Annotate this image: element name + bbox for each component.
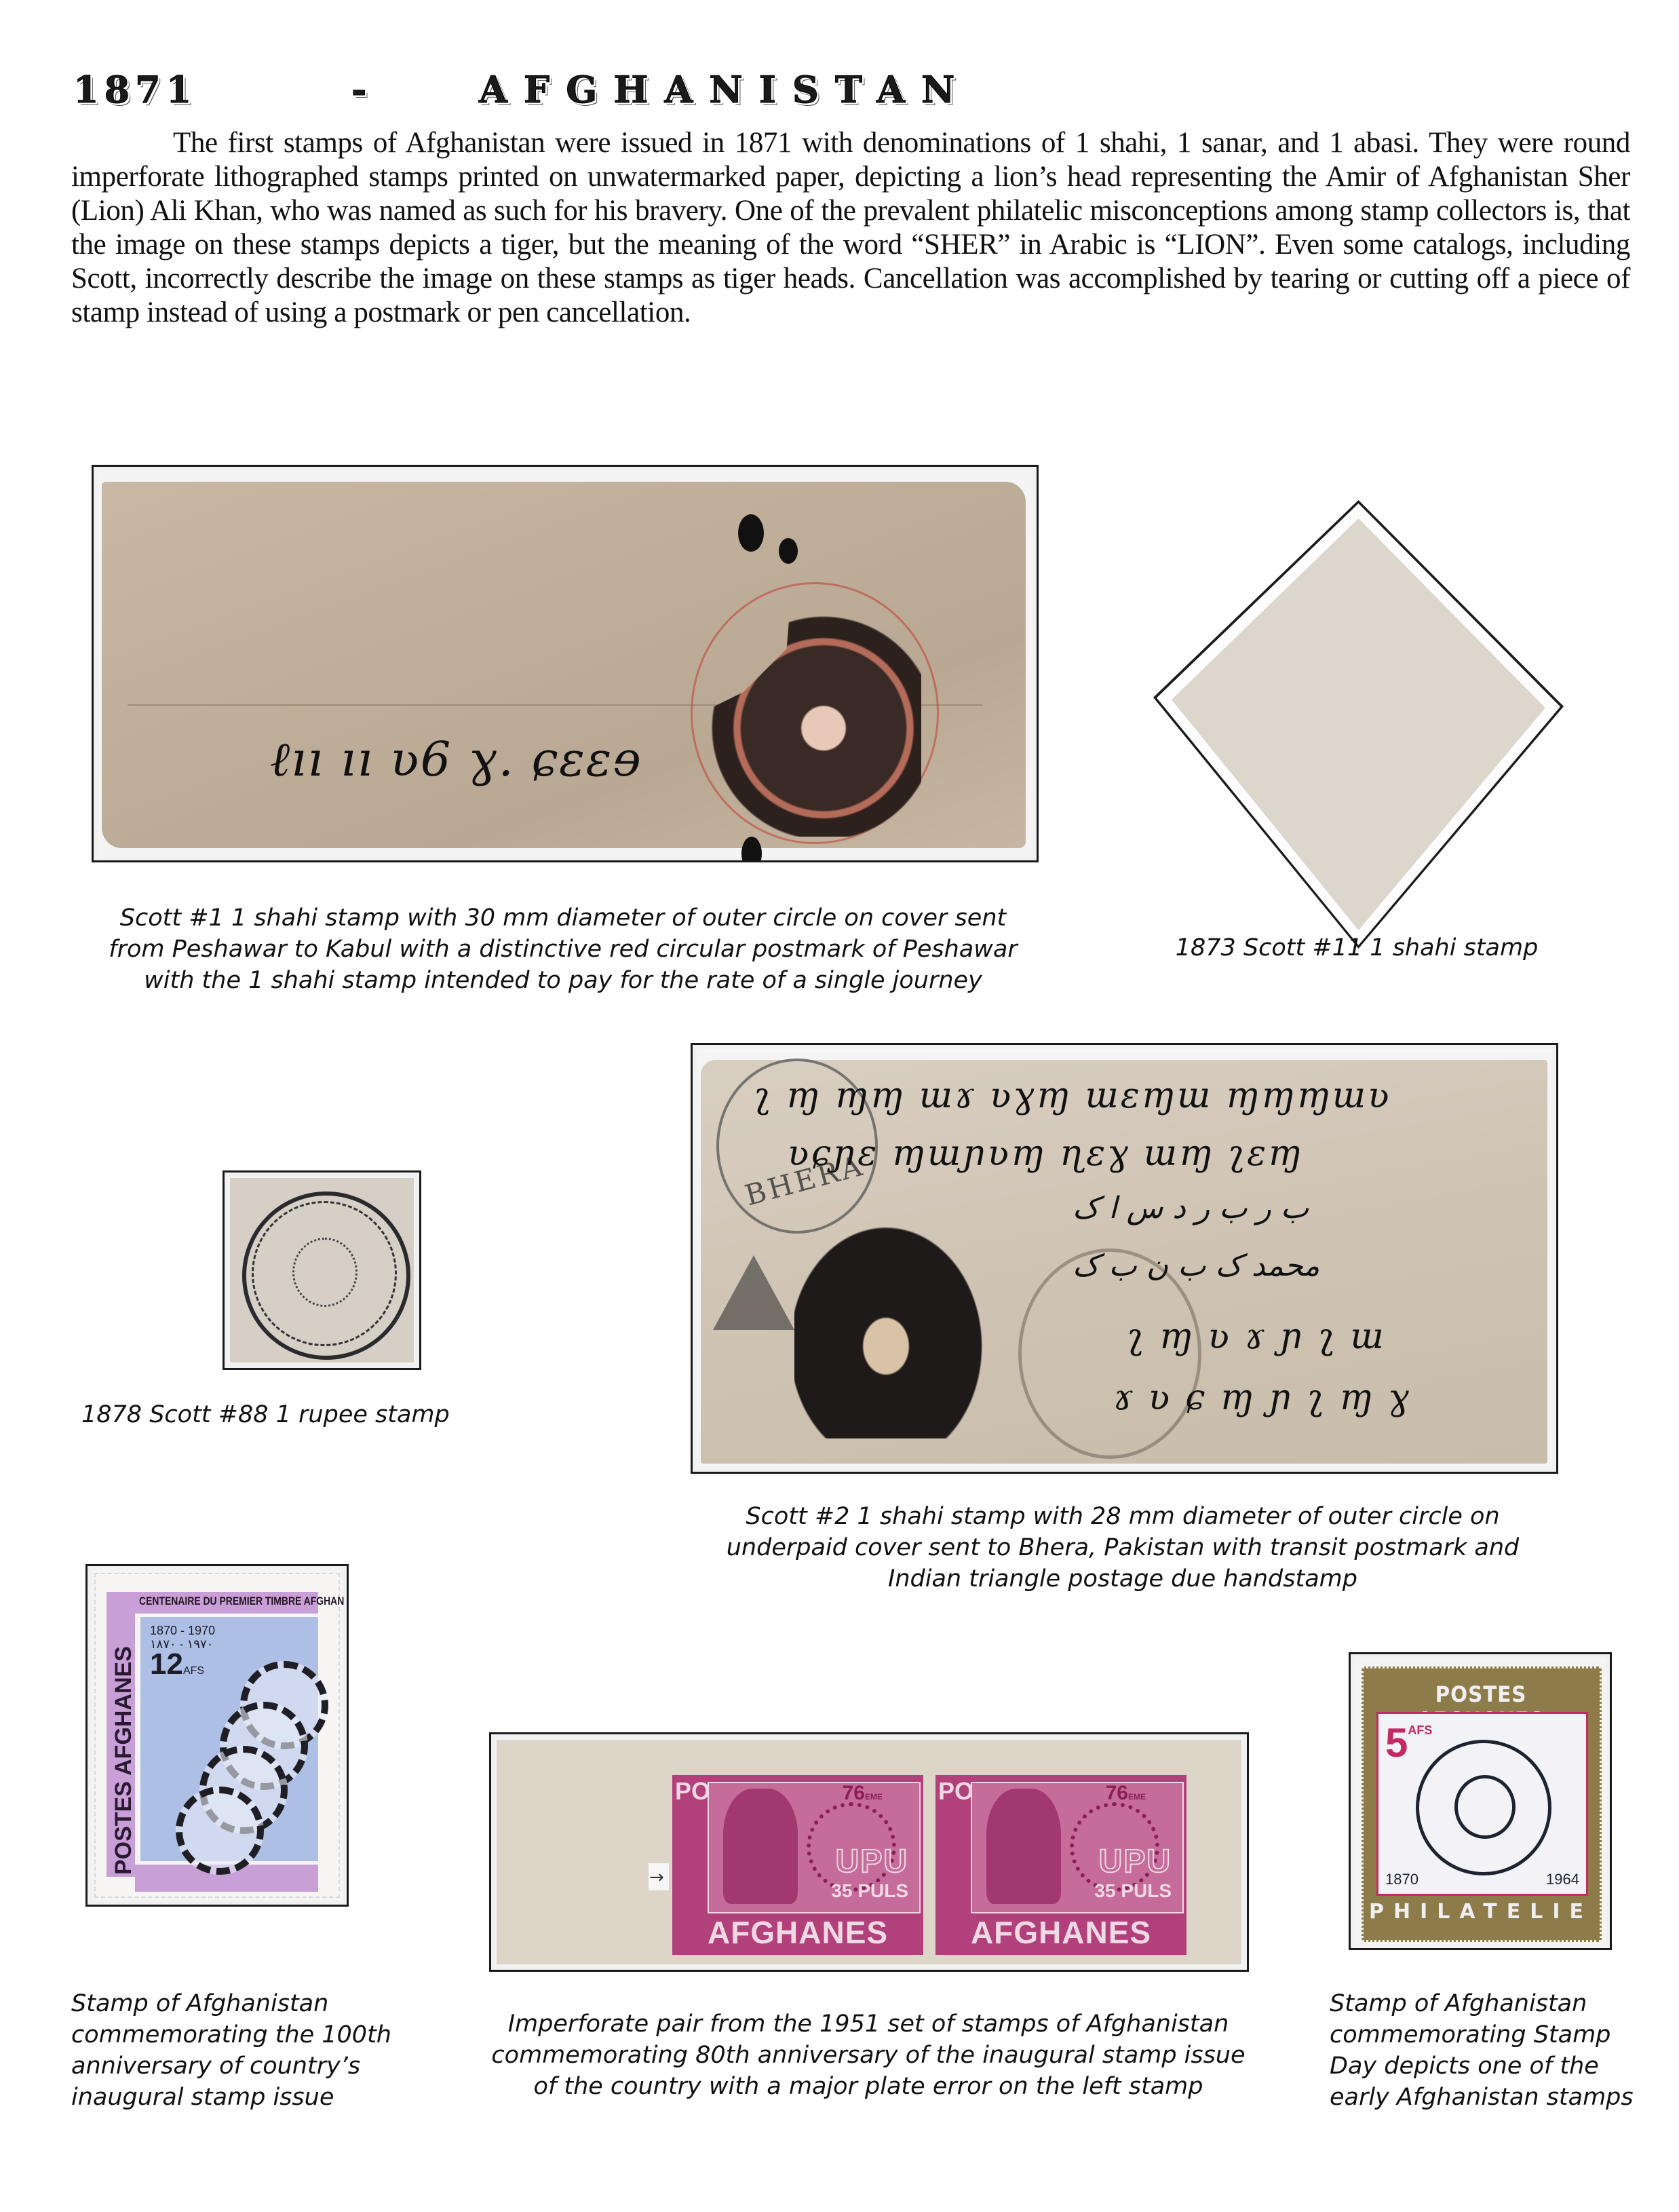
imperf-stamp-left: POSTES 76EME UPU 35 PULS AFGHANES [672,1775,923,1955]
portrait [986,1789,1061,1904]
postage-due-triangle [713,1255,794,1330]
ink-blot [738,514,764,552]
centenary-stamp-image: POSTES AFGHANES CENTENAIRE DU PREMIER TI… [85,1564,349,1907]
lion-head-icon [292,1238,358,1307]
portrait [723,1789,798,1904]
handwriting-line: محمد ک ب ن ب ک [1073,1248,1319,1283]
cover-bhera-image: BHERA ʅ ɱ ɱɱ ɯɤ ʋɣɱ ɯɛɱɯ ɱɱɱɯʋ ʋɕɲɛ ɱɯɲʋ… [691,1043,1558,1474]
caption-stamp-day: Stamp of Afghanistan commemorating Stamp… [1330,1988,1648,2113]
title-country: AFGHANISTAN [479,68,971,111]
title-separator: - [351,68,383,111]
imperf-pair-image: → POSTES 76EME UPU 35 PULS AFGHANES POST… [489,1732,1249,1972]
caption-centenary-stamp: Stamp of Afghanistan commemorating the 1… [71,1988,424,2113]
stamp-value: 5AFS [1385,1719,1432,1766]
lion-head-icon [1454,1775,1516,1839]
scott-2-stamp [794,1208,998,1438]
caption-cover-bhera: Scott #2 1 shahi stamp with 28 mm diamet… [682,1501,1564,1595]
caption-cover-peshawar: Scott #1 1 shahi stamp with 30 mm diamet… [64,902,1062,996]
ink-blot [779,538,798,564]
handwritten-address: ℓıı ıı ʋ6 ɣ. ɕɛɛɘ [270,731,642,788]
handwriting-line: ɤ ʋ ɕ ɱ ɲ ʅ ɱ ɣ [1113,1377,1411,1418]
cover-peshawar-image: ℓıı ıı ʋ6 ɣ. ɕɛɛɘ [92,465,1039,862]
stamp-side-text: POSTES AFGHANES [111,1646,137,1875]
stamp-1873-image [1153,500,1564,949]
caption-stamp-1873: 1873 Scott #11 1 shahi stamp [1113,932,1601,964]
handwriting-line: ʅ ɱ ɱɱ ɯɤ ʋɣɱ ɯɛɱɯ ɱɱɱɯʋ [754,1075,1391,1116]
stamp-bottom-text: PHILATELIE [1366,1900,1596,1924]
stamp-top-text: CENTENAIRE DU PREMIER TIMBRE AFGHAN [139,1595,344,1608]
stamp-side-text: POSTES [675,1780,702,1802]
caption-stamp-1878: 1878 Scott #88 1 rupee stamp [81,1399,556,1430]
intro-paragraph: The first stamps of Afghanistan were iss… [71,126,1630,330]
stamp-day-image: POSTES AFGHANES 5AFS 1870 1964 PHILATELI… [1349,1652,1612,1950]
stamp-years: 1870 - 1970 ۱۸۷۰ - ۱۹۷۰ [150,1624,215,1651]
caption-imperf-pair: Imperforate pair from the 1951 set of st… [461,2008,1275,2102]
error-arrow-icon: → [649,1867,664,1888]
title-year: 1871 [73,68,197,111]
stamp-side-text: POSTES [938,1780,965,1802]
handwriting-line: ʋɕɲɛ ɱɯɲʋɱ ɳɛɣ ɯɱ ʅɛɱ [788,1133,1304,1174]
page-title: 1871 - AFGHANISTAN [73,68,1091,115]
handwriting-line: ʅ ɱ ʋ ɤ ɲ ʅ ɯ [1127,1316,1386,1357]
stamp-circle-icon [176,1787,264,1875]
imperf-stamp-right: POSTES 76EME UPU 35 PULS AFGHANES [935,1775,1186,1955]
stamp-value: 12AFS [150,1647,204,1681]
stamp-1878-image [223,1170,421,1370]
stamp-paper [1172,518,1545,930]
handwriting-line: ب ر ب ر د س ا ک [1073,1191,1309,1225]
